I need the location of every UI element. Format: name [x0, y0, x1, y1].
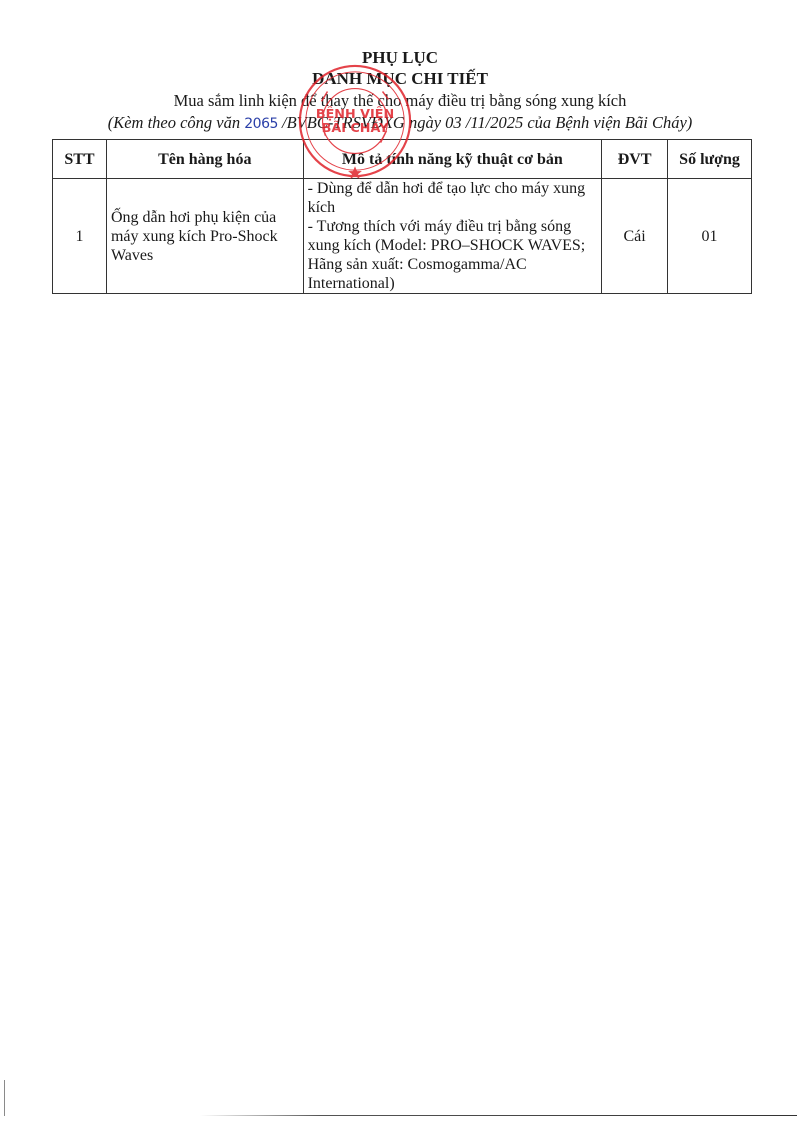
- reference-suffix: /BVBC-TRSVĐXG ngày 03 /11/2025 của Bệnh …: [278, 113, 692, 132]
- header-stt: STT: [53, 140, 107, 179]
- items-table: STT Tên hàng hóa Mô tả tính năng kỹ thuậ…: [52, 139, 752, 294]
- table-row: 1 Ống dẫn hơi phụ kiện của máy xung kích…: [53, 179, 752, 294]
- header-description: Mô tả tính năng kỹ thuật cơ bản: [303, 140, 602, 179]
- cell-name: Ống dẫn hơi phụ kiện của máy xung kích P…: [106, 179, 303, 294]
- detail-list-title: DANH MỤC CHI TIẾT: [0, 69, 800, 89]
- cell-stt: 1: [53, 179, 107, 294]
- document-page: PHỤ LỤC DANH MỤC CHI TIẾT Mua sắm linh k…: [0, 0, 800, 1131]
- appendix-title: PHỤ LỤC: [0, 48, 800, 68]
- header-name: Tên hàng hóa: [106, 140, 303, 179]
- description-line: - Tương thích với máy điều trị bằng sóng…: [308, 217, 598, 293]
- header-unit: ĐVT: [602, 140, 668, 179]
- description-line: - Dùng để dẫn hơi để tạo lực cho máy xun…: [308, 179, 598, 217]
- reference-line: (Kèm theo công văn 2065 /BVBC-TRSVĐXG ng…: [0, 113, 800, 134]
- table-header-row: STT Tên hàng hóa Mô tả tính năng kỹ thuậ…: [53, 140, 752, 179]
- cell-quantity: 01: [668, 179, 752, 294]
- handwritten-document-number: 2065: [244, 116, 278, 132]
- reference-prefix: (Kèm theo công văn: [108, 113, 245, 132]
- header-quantity: Số lượng: [668, 140, 752, 179]
- cell-unit: Cái: [602, 179, 668, 294]
- scan-edge-left: [4, 1080, 5, 1116]
- procurement-description: Mua sắm linh kiện để thay thế cho máy đi…: [0, 91, 800, 111]
- cell-description: - Dùng để dẫn hơi để tạo lực cho máy xun…: [303, 179, 602, 294]
- scan-edge-bottom: [200, 1115, 797, 1116]
